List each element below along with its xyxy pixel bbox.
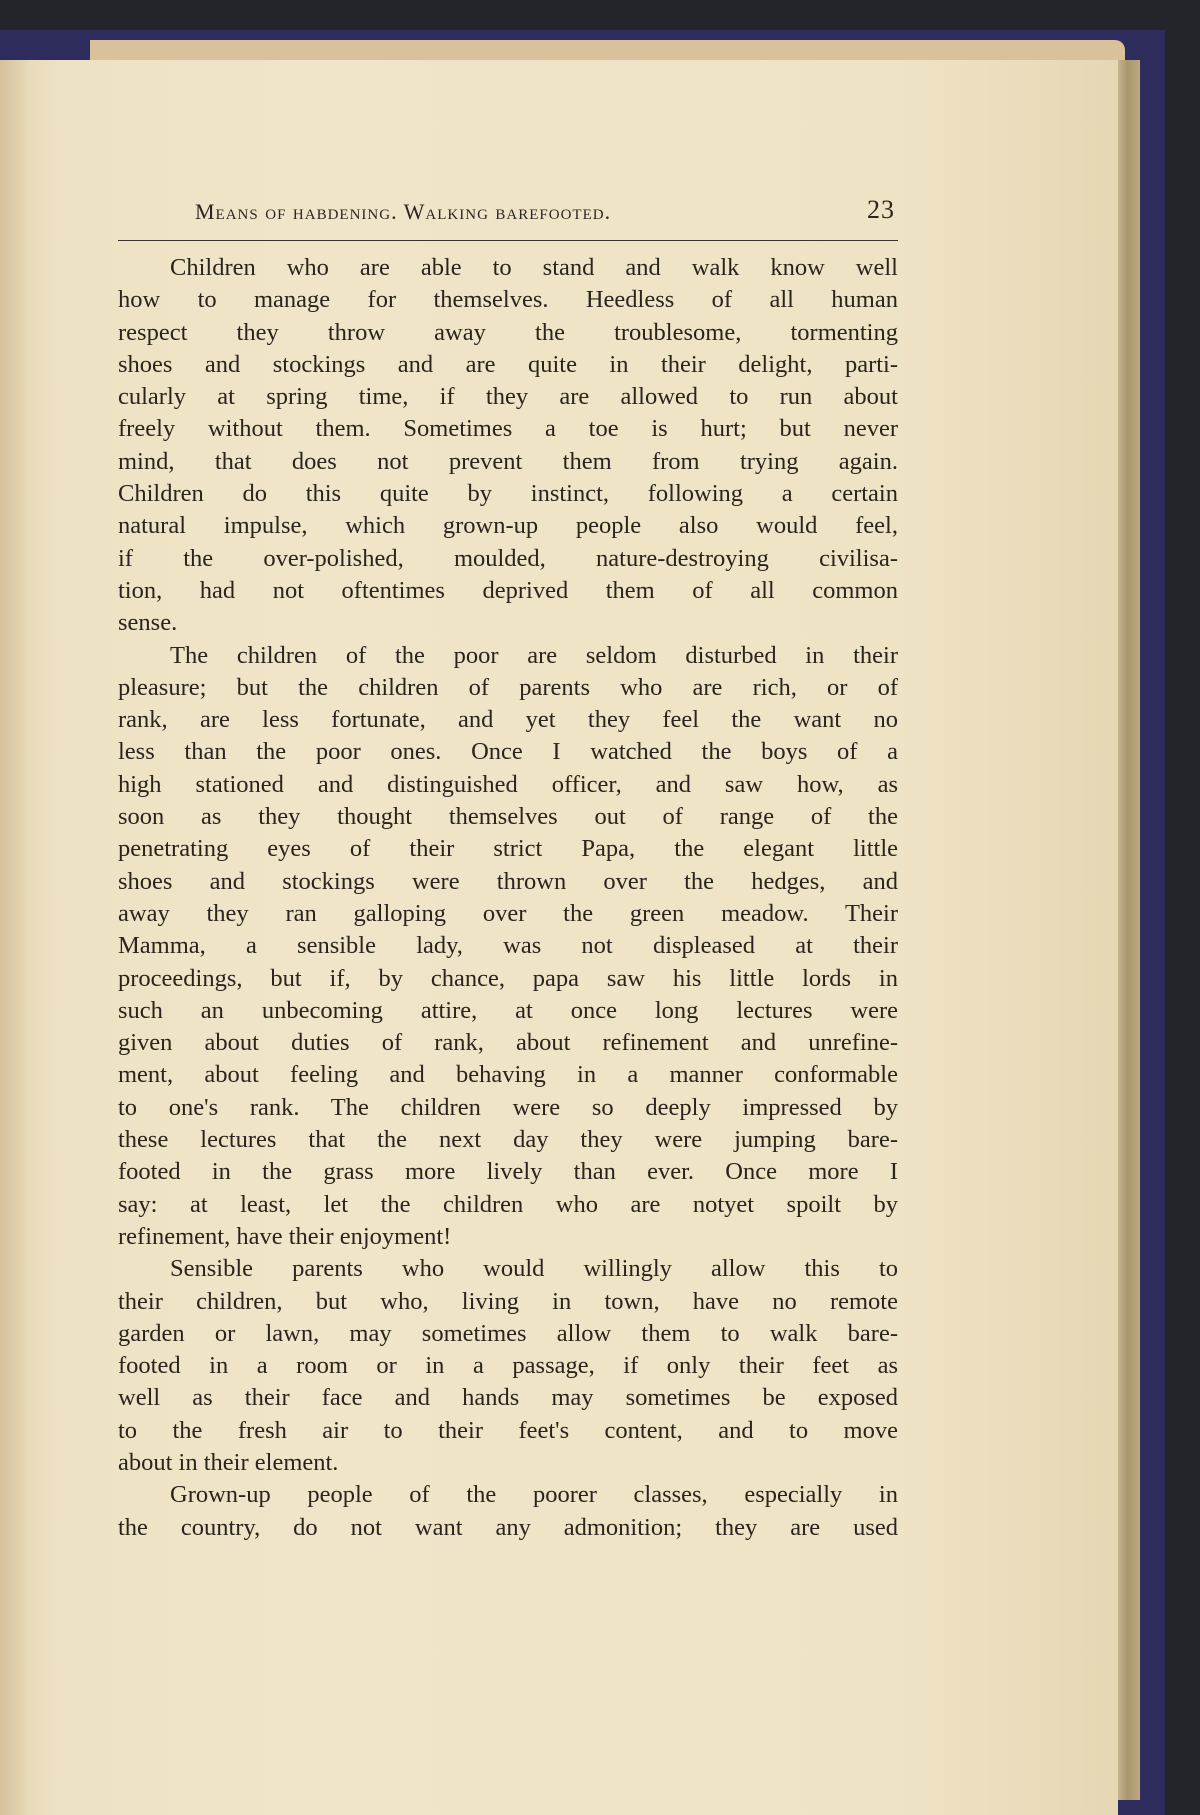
text-line: these lectures that the next day they we… — [118, 1124, 898, 1156]
text-line: shoes and stockings were thrown over the… — [118, 866, 898, 898]
text-line: garden or lawn, may sometimes allow them… — [118, 1318, 898, 1350]
text-line: Children do this quite by instinct, foll… — [118, 478, 898, 510]
text-line: high stationed and distinguished officer… — [118, 769, 898, 801]
header-rule — [118, 240, 898, 241]
running-head: Means of habdening. Walking barefooted. … — [195, 195, 895, 235]
text-line: to one's rank. The children were so deep… — [118, 1092, 898, 1124]
text-line: penetrating eyes of their strict Papa, t… — [118, 833, 898, 865]
text-line: the country, do not want any admonition;… — [118, 1512, 898, 1544]
text-line: about in their element. — [118, 1447, 898, 1479]
text-line: given about duties of rank, about refine… — [118, 1027, 898, 1059]
text-line: how to manage for themselves. Heedless o… — [118, 284, 898, 316]
text-line: footed in the grass more lively than eve… — [118, 1156, 898, 1188]
text-line: Grown-up people of the poorer classes, e… — [118, 1479, 898, 1511]
text-line: sense. — [118, 607, 898, 639]
text-line: Children who are able to stand and walk … — [118, 252, 898, 284]
page-number: 23 — [867, 195, 895, 225]
text-line: pleasure; but the children of parents wh… — [118, 672, 898, 704]
text-line: soon as they thought themselves out of r… — [118, 801, 898, 833]
text-line: footed in a room or in a passage, if onl… — [118, 1350, 898, 1382]
page-gutter — [0, 60, 28, 1815]
body-text: Children who are able to stand and walk … — [118, 252, 898, 1544]
text-line: shoes and stockings and are quite in the… — [118, 349, 898, 381]
text-line: ment, about feeling and behaving in a ma… — [118, 1059, 898, 1091]
text-line: freely without them. Sometimes a toe is … — [118, 413, 898, 445]
text-line: Sensible parents who would willingly all… — [118, 1253, 898, 1285]
text-line: natural impulse, which grown-up people a… — [118, 510, 898, 542]
text-line: say: at least, let the children who are … — [118, 1189, 898, 1221]
text-line: Mamma, a sensible lady, was not displeas… — [118, 930, 898, 962]
text-line: mind, that does not prevent them from tr… — [118, 446, 898, 478]
text-line: proceedings, but if, by chance, papa saw… — [118, 963, 898, 995]
text-line: respect they throw away the troublesome,… — [118, 317, 898, 349]
text-line: if the over-polished, moulded, nature-de… — [118, 543, 898, 575]
text-line: well as their face and hands may sometim… — [118, 1382, 898, 1414]
running-head-title: Means of habdening. Walking barefooted. — [195, 199, 611, 225]
text-line: their children, but who, living in town,… — [118, 1286, 898, 1318]
text-line: rank, are less fortunate, and yet they f… — [118, 704, 898, 736]
text-line: away they ran galloping over the green m… — [118, 898, 898, 930]
text-line: such an unbecoming attire, at once long … — [118, 995, 898, 1027]
text-line: The children of the poor are seldom dist… — [118, 640, 898, 672]
text-line: to the fresh air to their feet's content… — [118, 1415, 898, 1447]
text-line: cularly at spring time, if they are allo… — [118, 381, 898, 413]
text-line: tion, had not oftentimes deprived them o… — [118, 575, 898, 607]
text-line: less than the poor ones. Once I watched … — [118, 736, 898, 768]
text-line: refinement, have their enjoyment! — [118, 1221, 898, 1253]
